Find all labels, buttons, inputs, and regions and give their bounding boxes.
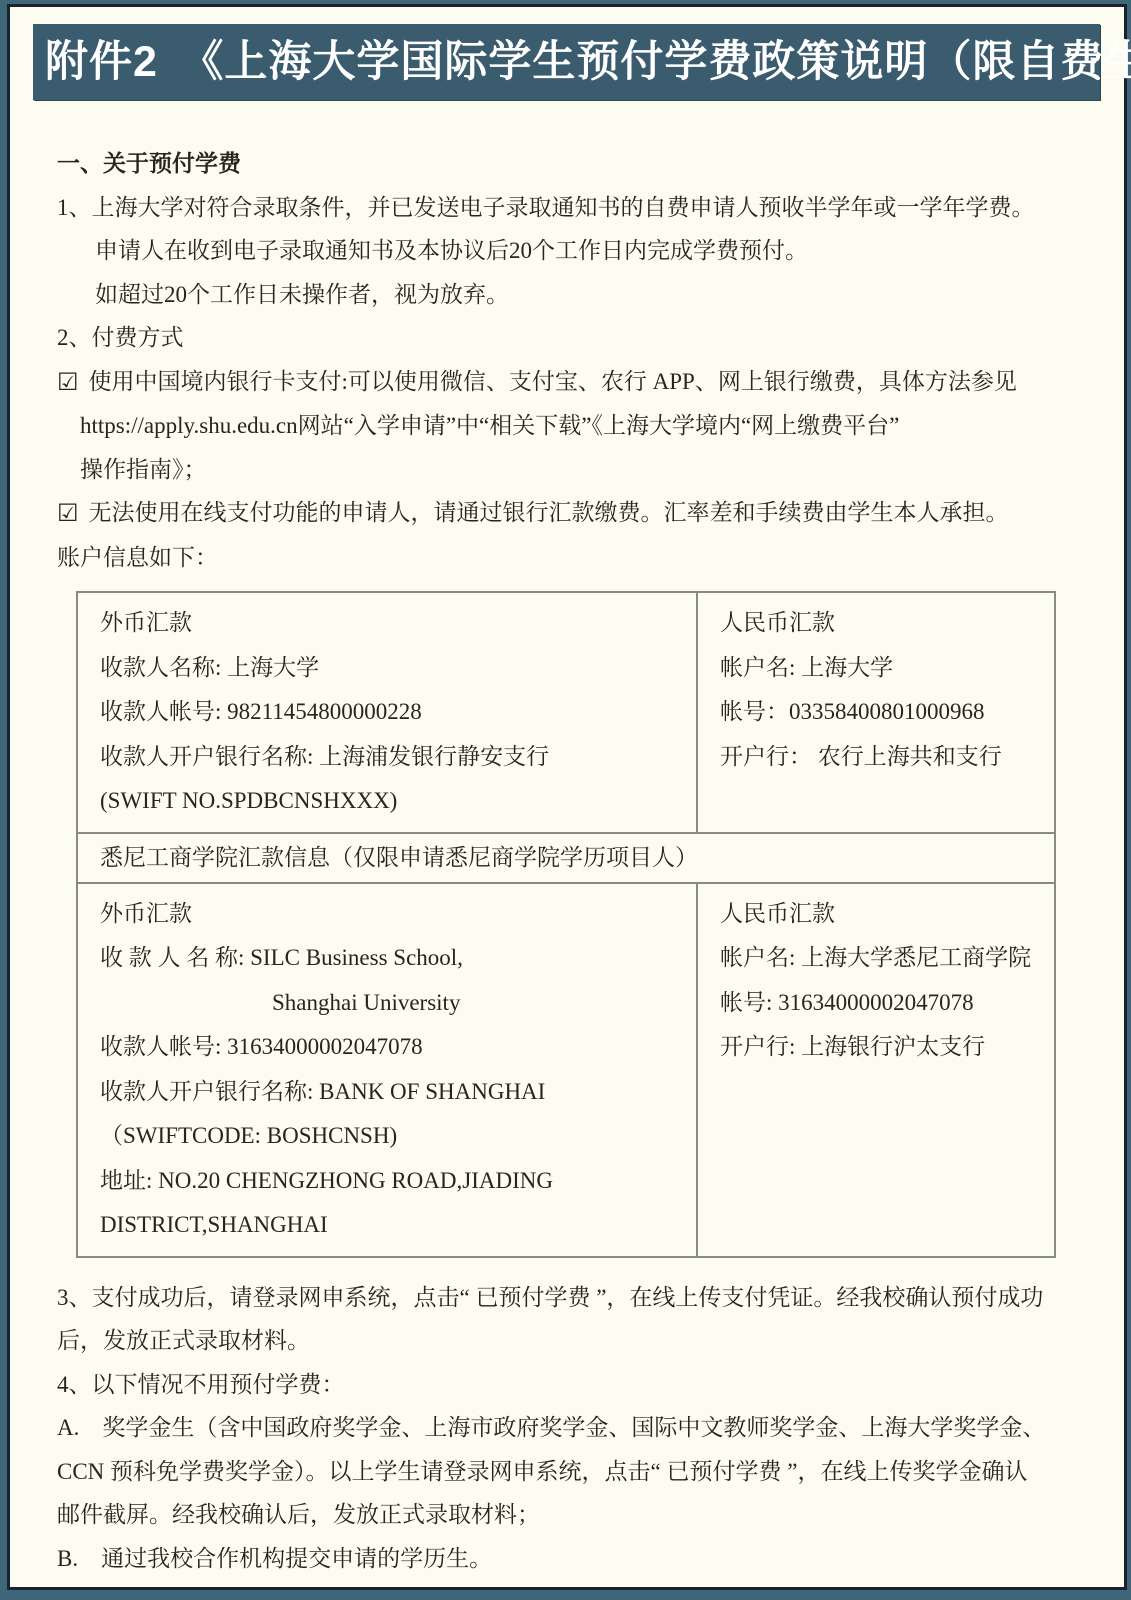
silc-header-cell: 悉尼工商学院汇款信息（仅限申请悉尼商学院学历项目人） bbox=[77, 833, 1055, 883]
cell-line: (SWIFT NO.SPDBCNSHXXX) bbox=[100, 779, 688, 824]
shu-rmb-cell: 人民币汇款 帐户名: 上海大学 帐号：03358400801000968 开户行… bbox=[697, 592, 1055, 833]
paragraph-4-heading: 4、以下情况不用预付学费： bbox=[57, 1363, 1124, 1407]
banner-title: 附件2 《上海大学国际学生预付学费政策说明（限自费生）》 bbox=[45, 38, 1131, 86]
table-row-silc-header: 悉尼工商学院汇款信息（仅限申请悉尼商学院学历项目人） bbox=[77, 833, 1055, 883]
item-b-line: B. 通过我校合作机构提交申请的学历生。 bbox=[57, 1537, 1124, 1581]
cell-line: 地址: NO.20 CHENGZHONG ROAD,JIADING bbox=[100, 1159, 688, 1204]
silc-foreign-currency-cell: 外币汇款 收 款 人 名 称: SILC Business School, Sh… bbox=[77, 883, 697, 1257]
paragraph-2-heading: 2、付费方式 bbox=[57, 316, 1124, 360]
cell-line: （SWIFTCODE: BOSHCNSH) bbox=[100, 1114, 688, 1159]
document-body: 一、关于预付学费 1、上海大学对符合录取条件，并已发送电子录取通知书的自费申请人… bbox=[10, 100, 1124, 1258]
checked-checkbox-icon: ☑ bbox=[57, 362, 79, 406]
checked-checkbox-icon: ☑ bbox=[57, 493, 79, 537]
document-page: 附件2 《上海大学国际学生预付学费政策说明（限自费生）》 一、关于预付学费 1、… bbox=[7, 4, 1127, 1590]
payment-option-2-text: 无法使用在线支付功能的申请人，请通过银行汇款缴费。汇率差和手续费由学生本人承担。 bbox=[89, 500, 1009, 525]
cell-line: 人民币汇款 bbox=[720, 601, 1046, 646]
attachment-title-banner: 附件2 《上海大学国际学生预付学费政策说明（限自费生）》 bbox=[33, 24, 1100, 100]
cell-line: 收款人开户银行名称: 上海浦发银行静安支行 bbox=[100, 735, 688, 780]
bank-account-table: 外币汇款 收款人名称: 上海大学 收款人帐号: 9821145480000022… bbox=[76, 591, 1056, 1258]
cell-line: 人民币汇款 bbox=[720, 892, 1046, 937]
cell-line: 外币汇款 bbox=[100, 892, 688, 937]
table-row-shu: 外币汇款 收款人名称: 上海大学 收款人帐号: 9821145480000022… bbox=[77, 592, 1055, 833]
account-info-intro: 账户信息如下： bbox=[57, 536, 1124, 580]
cell-line: 帐号: 31634000002047078 bbox=[720, 981, 1046, 1026]
payment-option-1-text: 使用中国境内银行卡支付:可以使用微信、支付宝、农行 APP、网上银行缴费，具体方… bbox=[89, 369, 1017, 394]
payment-option-1-line-1: ☑使用中国境内银行卡支付:可以使用微信、支付宝、农行 APP、网上银行缴费，具体… bbox=[57, 360, 1124, 405]
paragraph-3-line-2: 后，发放正式录取材料。 bbox=[57, 1319, 1124, 1363]
item-a-line-1: A. 奖学金生（含中国政府奖学金、上海市政府奖学金、国际中文教师奖学金、上海大学… bbox=[57, 1406, 1124, 1450]
paragraph-1-line-3: 如超过20个工作日未操作者，视为放弃。 bbox=[57, 273, 1124, 317]
item-a-line-3: 邮件截屏。经我校确认后，发放正式录取材料； bbox=[57, 1493, 1124, 1537]
cell-line: 帐号：03358400801000968 bbox=[720, 690, 1046, 735]
payment-option-2-line: ☑无法使用在线支付功能的申请人，请通过银行汇款缴费。汇率差和手续费由学生本人承担… bbox=[57, 491, 1124, 536]
section-heading: 一、关于预付学费 bbox=[57, 142, 1124, 186]
paragraph-1-line-1: 1、上海大学对符合录取条件，并已发送电子录取通知书的自费申请人预收半学年或一学年… bbox=[57, 186, 1124, 230]
cell-line: 开户行： 农行上海共和支行 bbox=[720, 735, 1046, 780]
cell-line: 收 款 人 名 称: SILC Business School, bbox=[100, 936, 688, 981]
cell-line: 开户行: 上海银行沪太支行 bbox=[720, 1025, 1046, 1070]
cell-line: 帐户名: 上海大学 bbox=[720, 646, 1046, 691]
paragraph-1-line-2: 申请人在收到电子录取通知书及本协议后20个工作日内完成学费预付。 bbox=[57, 229, 1124, 273]
cell-line: 收款人名称: 上海大学 bbox=[100, 646, 688, 691]
cell-line: 外币汇款 bbox=[100, 601, 688, 646]
silc-header-text: 悉尼工商学院汇款信息（仅限申请悉尼商学院学历项目人） bbox=[100, 836, 1046, 880]
cell-line: 收款人帐号: 98211454800000228 bbox=[100, 690, 688, 735]
silc-rmb-cell: 人民币汇款 帐户名: 上海大学悉尼工商学院 帐号: 31634000002047… bbox=[697, 883, 1055, 1257]
table-row-silc: 外币汇款 收 款 人 名 称: SILC Business School, Sh… bbox=[77, 883, 1055, 1257]
shu-foreign-currency-cell: 外币汇款 收款人名称: 上海大学 收款人帐号: 9821145480000022… bbox=[77, 592, 697, 833]
document-footer: 3、支付成功后，请登录网申系统，点击“ 已预付学费 ”，在线上传支付凭证。经我校… bbox=[10, 1258, 1124, 1581]
payment-option-1-line-3: 操作指南》； bbox=[57, 448, 1124, 492]
cell-line: 收款人开户银行名称: BANK OF SHANGHAI bbox=[100, 1070, 688, 1115]
cell-line: 帐户名: 上海大学悉尼工商学院 bbox=[720, 936, 1046, 981]
cell-line: Shanghai University bbox=[100, 981, 688, 1026]
cell-line: 收款人帐号: 31634000002047078 bbox=[100, 1025, 688, 1070]
payment-option-1-line-2: https://apply.shu.edu.cn网站“入学申请”中“相关下载”《… bbox=[57, 404, 1124, 448]
cell-line: DISTRICT,SHANGHAI bbox=[100, 1203, 688, 1248]
item-a-line-2: CCN 预科免学费奖学金）。以上学生请登录网申系统，点击“ 已预付学费 ”，在线… bbox=[57, 1450, 1124, 1494]
paragraph-3-line-1: 3、支付成功后，请登录网申系统，点击“ 已预付学费 ”，在线上传支付凭证。经我校… bbox=[57, 1276, 1124, 1320]
